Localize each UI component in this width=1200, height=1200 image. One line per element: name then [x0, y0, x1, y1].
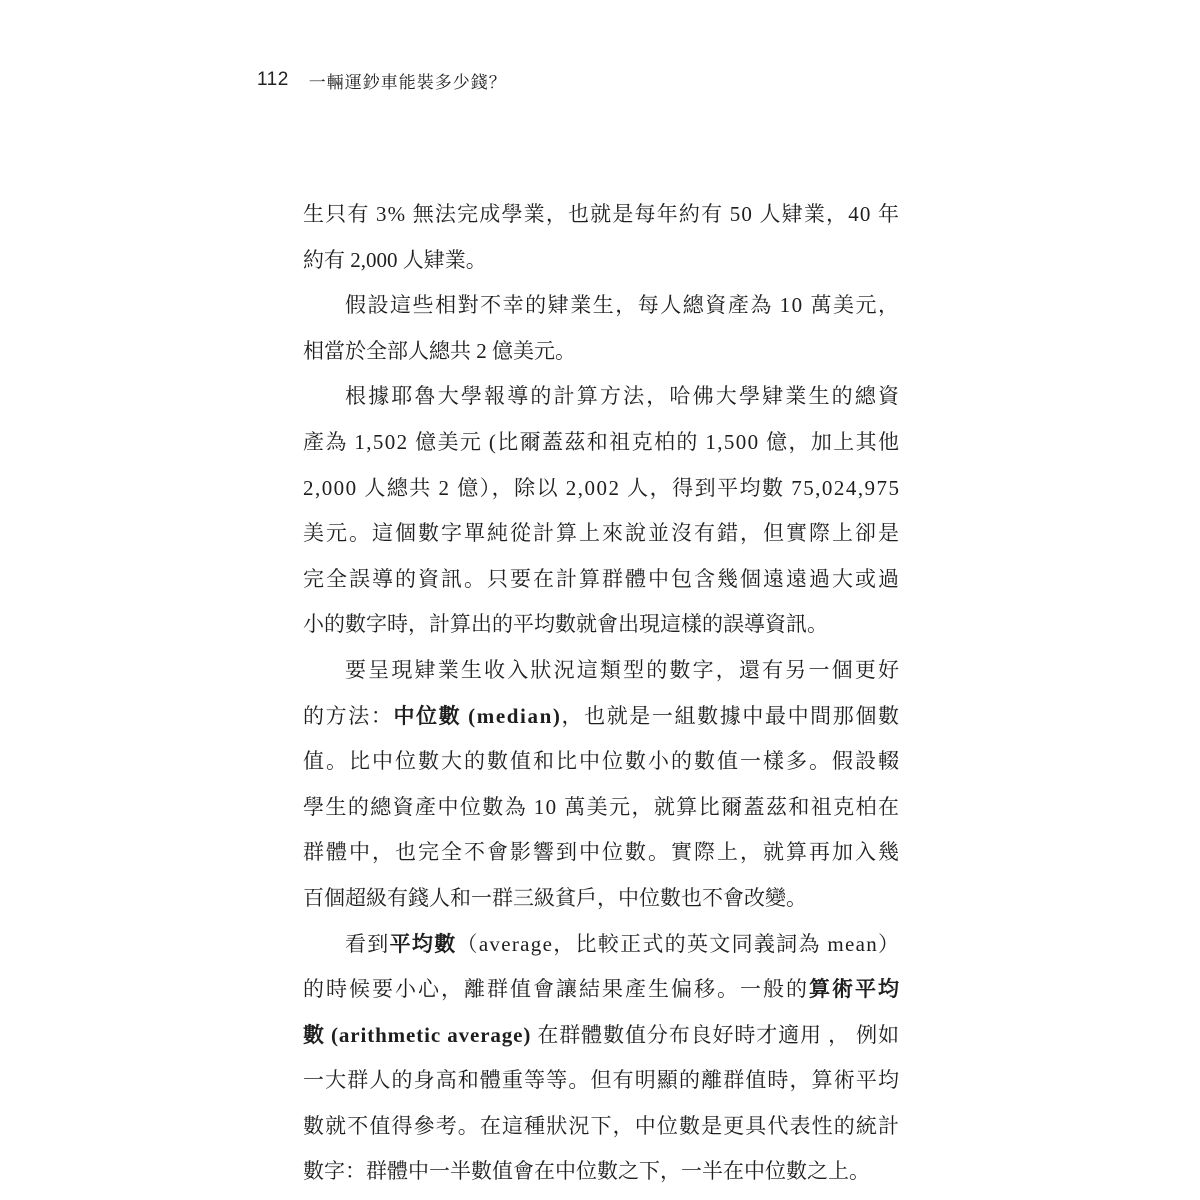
line-text: 小的數字時，計算出的平均數就會出現這樣的誤導資訊。	[303, 602, 828, 648]
text-line: 群體中，也完全不會影響到中位數。實際上，就算再加入幾	[303, 830, 899, 876]
text-line: 要呈現肄業生收入狀況這類型的數字，還有另一個更好	[303, 648, 899, 694]
text-line: 一大群人的身高和體重等等。但有明顯的離群值時，算術平均	[303, 1058, 899, 1104]
book-title: 一輛運鈔車能裝多少錢？	[309, 68, 507, 93]
line-text: 的方法：	[303, 694, 393, 740]
text-line: 百個超級有錢人和一群三級貧戶，中位數也不會改變。	[303, 876, 899, 922]
bold-term: 算術平均	[809, 967, 901, 1013]
line-text: 要呈現肄業生收入狀況這類型的數字，還有另一個更好	[345, 648, 901, 694]
text-line: 的方法：中位數 (median)，也就是一組數據中最中間那個數	[303, 694, 899, 740]
bold-term: 數 (arithmetic average)	[303, 1013, 531, 1059]
line-text: 2,000 人總共 2 億），除以 2,002 人，得到平均數 75,024,9…	[303, 466, 900, 512]
running-header: 112 一輛運鈔車能裝多少錢？	[257, 66, 507, 94]
text-line: 數 (arithmetic average) 在群體數值分布良好時才適用 ， 例…	[303, 1013, 899, 1059]
text-line: 數就不值得參考。在這種狀況下，中位數是更具代表性的統計	[303, 1104, 899, 1150]
page-number: 112	[257, 69, 289, 91]
line-text: 百個超級有錢人和一群三級貧戶，中位數也不會改變。	[303, 876, 807, 922]
bold-term: 平均數	[390, 922, 457, 968]
line-text: 數字：群體中一半數值會在中位數之下，一半在中位數之上。	[303, 1149, 870, 1195]
text-line: 看到平均數（average，比較正式的英文同義詞為 mean）	[303, 922, 899, 968]
line-text: 在群體數值分布良好時才適用 ， 例如	[531, 1013, 900, 1059]
line-text: 群體中，也完全不會影響到中位數。實際上，就算再加入幾	[303, 830, 901, 876]
text-line: 美元。這個數字單純從計算上來說並沒有錯，但實際上卻是	[303, 511, 899, 557]
text-line: 的時候要小心，離群值會讓結果產生偏移。一般的算術平均	[303, 967, 899, 1013]
text-line: 值。比中位數大的數值和比中位數小的數值一樣多。假設輟	[303, 739, 899, 785]
line-text: 值。比中位數大的數值和比中位數小的數值一樣多。假設輟	[303, 739, 901, 785]
text-line: 產為 1,502 億美元 (比爾蓋茲和祖克柏的 1,500 億，加上其他	[303, 420, 899, 466]
line-text: 產為 1,502 億美元 (比爾蓋茲和祖克柏的 1,500 億，加上其他	[303, 420, 900, 466]
line-text: 美元。這個數字單純從計算上來說並沒有錯，但實際上卻是	[303, 511, 901, 557]
line-text: 約有 2,000 人肄業。	[303, 238, 487, 284]
text-line: 假設這些相對不幸的肄業生，每人總資產為 10 萬美元，	[303, 283, 899, 329]
bold-term: 中位數 (median)	[393, 694, 561, 740]
line-text: 假設這些相對不幸的肄業生，每人總資產為 10 萬美元，	[345, 283, 901, 329]
body-text: 生只有 3% 無法完成學業，也就是每年約有 50 人肄業，40 年約有 2,00…	[303, 192, 899, 1195]
text-line: 約有 2,000 人肄業。	[303, 238, 899, 284]
line-text: 相當於全部人總共 2 億美元。	[303, 329, 576, 375]
line-text: 的時候要小心，離群值會讓結果產生偏移。一般的	[303, 967, 809, 1013]
text-line: 生只有 3% 無法完成學業，也就是每年約有 50 人肄業，40 年	[303, 192, 899, 238]
text-line: 2,000 人總共 2 億），除以 2,002 人，得到平均數 75,024,9…	[303, 466, 899, 512]
line-text: 看到	[345, 922, 390, 968]
line-text: 完全誤導的資訊。只要在計算群體中包含幾個遠遠過大或過	[303, 557, 901, 603]
line-text: 根據耶魯大學報導的計算方法，哈佛大學肄業生的總資	[345, 374, 901, 420]
text-line: 學生的總資產中位數為 10 萬美元，就算比爾蓋茲和祖克柏在	[303, 785, 899, 831]
text-line: 相當於全部人總共 2 億美元。	[303, 329, 899, 375]
line-text: 學生的總資產中位數為 10 萬美元，就算比爾蓋茲和祖克柏在	[303, 785, 900, 831]
text-line: 完全誤導的資訊。只要在計算群體中包含幾個遠遠過大或過	[303, 557, 899, 603]
line-text: ，也就是一組數據中最中間那個數	[561, 694, 900, 740]
text-line: 數字：群體中一半數值會在中位數之下，一半在中位數之上。	[303, 1149, 899, 1195]
text-line: 根據耶魯大學報導的計算方法，哈佛大學肄業生的總資	[303, 374, 899, 420]
line-text: （average，比較正式的英文同義詞為 mean）	[457, 922, 901, 968]
line-text: 生只有 3% 無法完成學業，也就是每年約有 50 人肄業，40 年	[303, 192, 900, 238]
line-text: 一大群人的身高和體重等等。但有明顯的離群值時，算術平均	[303, 1058, 900, 1104]
text-line: 小的數字時，計算出的平均數就會出現這樣的誤導資訊。	[303, 602, 899, 648]
line-text: 數就不值得參考。在這種狀況下，中位數是更具代表性的統計	[303, 1104, 900, 1150]
